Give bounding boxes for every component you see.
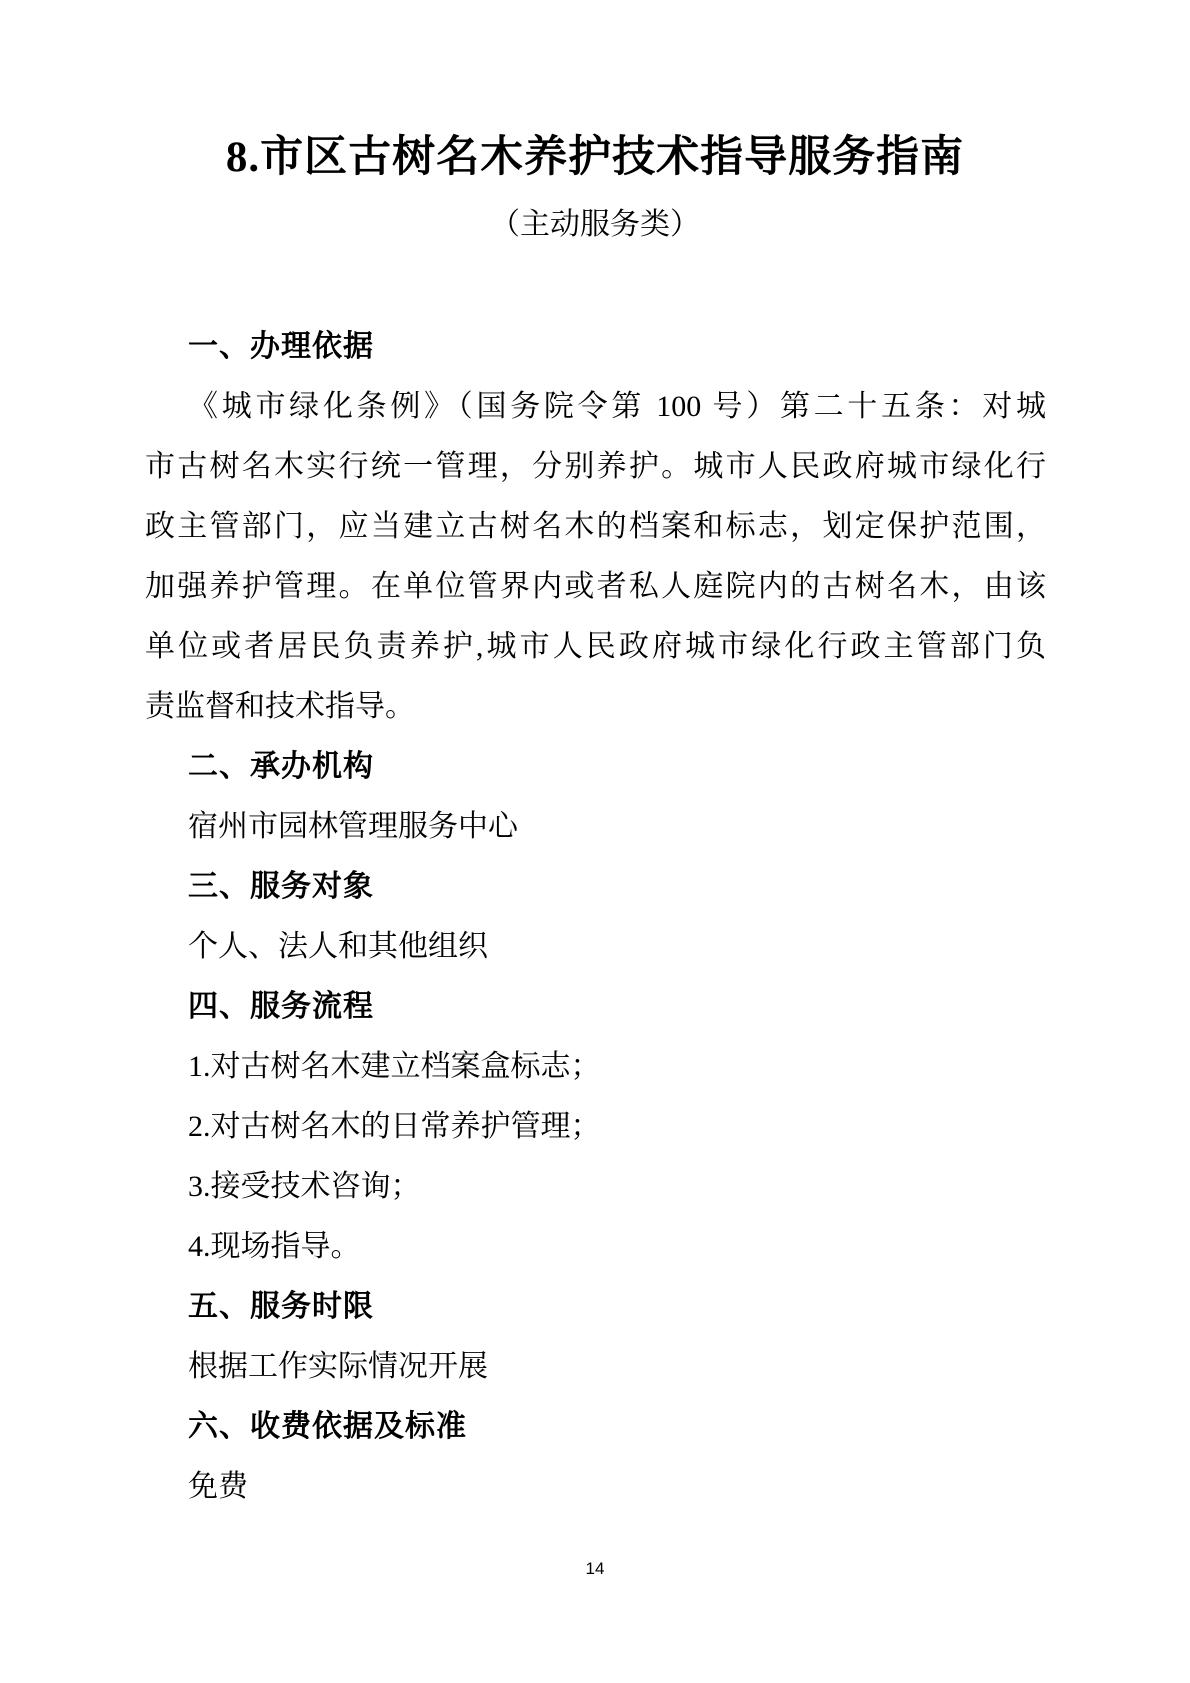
section-body-timelimit: 根据工作实际情况开展: [145, 1337, 1046, 1397]
document-page: 8.市区古树名木养护技术指导服务指南 （主动服务类） 一、办理依据 《城市绿化条…: [0, 0, 1190, 1683]
section-body-agency: 宿州市园林管理服务中心: [145, 797, 1046, 857]
paragraph-line: 《城市绿化条例》（国务院令第 100 号）第二十五条：对城: [145, 377, 1046, 437]
section-body-audience: 个人、法人和其他组织: [145, 917, 1046, 977]
section-heading-basis: 一、办理依据: [145, 317, 1046, 377]
section-heading-process: 四、服务流程: [145, 977, 1046, 1037]
paragraph-line: 责监督和技术指导。: [145, 677, 1046, 737]
section-body-fees: 免费: [145, 1457, 1046, 1517]
section-heading-audience: 三、服务对象: [145, 857, 1046, 917]
process-step: 1.对古树名木建立档案盒标志；: [145, 1037, 1046, 1097]
section-heading-timelimit: 五、服务时限: [145, 1277, 1046, 1337]
paragraph-line: 市古树名木实行统一管理，分别养护。城市人民政府城市绿化行: [145, 437, 1046, 497]
paragraph-line: 政主管部门，应当建立古树名木的档案和标志，划定保护范围，: [145, 497, 1046, 557]
paragraph-line: 单位或者居民负责养护,城市人民政府城市绿化行政主管部门负: [145, 617, 1046, 677]
process-step: 2.对古树名木的日常养护管理；: [145, 1097, 1046, 1157]
page-subtitle: （主动服务类）: [0, 205, 1190, 245]
process-step: 4.现场指导。: [145, 1217, 1046, 1277]
document-body: 一、办理依据 《城市绿化条例》（国务院令第 100 号）第二十五条：对城 市古树…: [145, 317, 1046, 1517]
page-title: 8.市区古树名木养护技术指导服务指南: [0, 0, 1190, 183]
paragraph-line: 加强养护管理。在单位管界内或者私人庭院内的古树名木，由该: [145, 557, 1046, 617]
section-heading-agency: 二、承办机构: [145, 737, 1046, 797]
page-number: 14: [0, 1558, 1190, 1580]
section-heading-fees: 六、收费依据及标准: [145, 1397, 1046, 1457]
process-step: 3.接受技术咨询；: [145, 1157, 1046, 1217]
